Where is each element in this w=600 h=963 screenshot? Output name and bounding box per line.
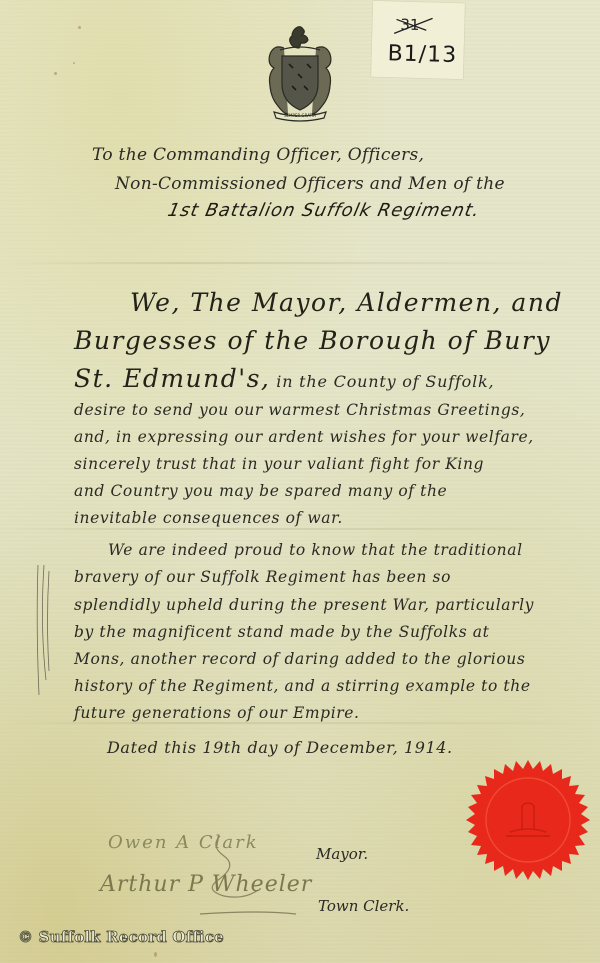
- paragraph1-line3-small: in the County of Suffolk,: [270, 372, 494, 391]
- paragraph2-line3: splendidly upheld during the present War…: [74, 596, 534, 614]
- foxing-spot: [54, 72, 57, 75]
- paragraph1-line1: We, The Mayor, Aldermen, and: [130, 288, 563, 317]
- crest-motto: SEMPER GRATIA: [284, 113, 316, 118]
- coat-of-arms-icon: SEMPER GRATIA: [262, 24, 338, 124]
- copyright-watermark: © Suffolk Record Office: [18, 928, 224, 946]
- paragraph1-line5: and, in expressing our ardent wishes for…: [74, 428, 534, 446]
- paragraph2-line7: future generations of our Empire.: [74, 704, 360, 722]
- margin-pencil-marks: [30, 565, 50, 695]
- paragraph1-line8: inevitable consequences of war.: [74, 509, 343, 527]
- town-clerk-signature: Arthur P Wheeler: [100, 872, 312, 897]
- red-seal-icon: [466, 760, 590, 884]
- paragraph2-line2: bravery of our Suffolk Regiment has been…: [74, 568, 451, 586]
- town-clerk-title: Town Clerk.: [318, 897, 409, 915]
- foxing-spot: [73, 62, 75, 64]
- address-line-2: Non-Commissioned Officers and Men of the: [115, 174, 505, 194]
- foxing-spot: [154, 952, 157, 957]
- paragraph1-line2: Burgesses of the Borough of Bury: [74, 326, 551, 355]
- address-line-1: To the Commanding Officer, Officers,: [92, 145, 424, 165]
- archive-reference-label: 31 B1/13: [371, 1, 465, 79]
- strikethrough-mark: [392, 15, 435, 36]
- address-line-3-handwritten: 1st Battalion Suffolk Regiment.: [166, 200, 482, 221]
- paragraph1-line3-large: St. Edmund's,: [74, 364, 270, 393]
- paragraph2-line1: We are indeed proud to know that the tra…: [108, 541, 523, 559]
- mayor-title: Mayor.: [316, 845, 368, 863]
- paragraph2-line6: history of the Regiment, and a stirring …: [74, 677, 531, 695]
- fold-line: [0, 722, 600, 724]
- foxing-spot: [78, 26, 81, 29]
- paragraph1-line4: desire to send you our warmest Christmas…: [74, 401, 525, 419]
- fold-line: [0, 528, 600, 530]
- fold-line: [0, 262, 600, 264]
- paragraph2-line4: by the magnificent stand made by the Suf…: [74, 623, 489, 641]
- new-reference-number: B1/13: [387, 41, 457, 68]
- paragraph1-line7: and Country you may be spared many of th…: [74, 482, 447, 500]
- date-line: Dated this 19th day of December, 1914.: [107, 738, 453, 757]
- paragraph2-line5: Mons, another record of daring added to …: [74, 650, 525, 668]
- paragraph1-line6: sincerely trust that in your valiant fig…: [74, 455, 484, 473]
- paragraph1-line3: St. Edmund's, in the County of Suffolk,: [74, 364, 494, 393]
